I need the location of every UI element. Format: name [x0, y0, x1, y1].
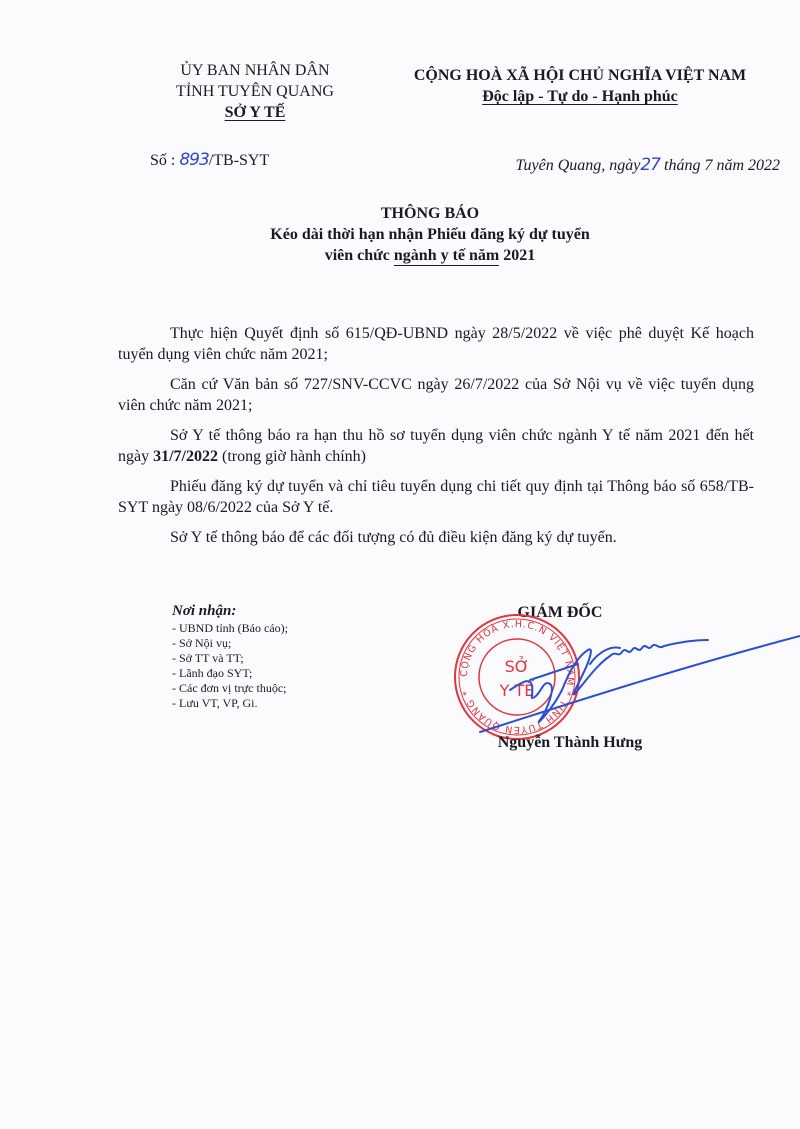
agency-line-1: ỦY BAN NHÂN DÂN	[130, 60, 380, 81]
subtitle-part-c: 2021	[499, 247, 535, 264]
recipient-item: - Lưu VT, VP, Gi.	[172, 696, 402, 711]
paragraph-1: Thực hiện Quyết định số 615/QĐ-UBND ngày…	[118, 323, 754, 365]
recipient-item: - Sở TT và TT;	[172, 651, 402, 666]
national-header-block: CỘNG HOÀ XÃ HỘI CHỦ NGHĨA VIỆT NAM Độc l…	[380, 65, 780, 107]
document-number: Số : 893/TB-SYT	[150, 150, 350, 170]
subtitle-part-a: viên chức	[325, 247, 394, 264]
subtitle-part-b: ngành y tế năm	[394, 247, 499, 266]
recipients-title: Nơi nhận:	[172, 602, 402, 621]
recipient-item: - UBND tỉnh (Báo cáo);	[172, 621, 402, 636]
recipients-block: Nơi nhận: - UBND tỉnh (Báo cáo); - Sở Nộ…	[172, 602, 402, 711]
agency-name: SỞ Y TẾ	[225, 104, 286, 121]
handwritten-day: 27	[640, 155, 660, 175]
notice-subtitle-2: viên chức ngành y tế năm 2021	[200, 245, 660, 266]
paragraph-4: Phiếu đăng ký dự tuyển và chỉ tiêu tuyển…	[118, 476, 754, 518]
date-suffix: tháng 7 năm 2022	[660, 157, 780, 174]
paragraph-3: Sở Y tế thông báo ra hạn thu hồ sơ tuyển…	[118, 425, 754, 467]
recipient-item: - Các đơn vị trực thuộc;	[172, 681, 402, 696]
deadline-date: 31/7/2022	[153, 448, 218, 465]
recipient-item: - Sở Nội vụ;	[172, 636, 402, 651]
notice-subtitle-1: Kéo dài thời hạn nhận Phiếu đăng ký dự t…	[200, 224, 660, 245]
notice-title: THÔNG BÁO	[200, 203, 660, 224]
number-prefix: Số :	[150, 152, 179, 169]
signer-name: Nguyễn Thành Hưng	[460, 734, 680, 752]
notice-body: Thực hiện Quyết định số 615/QĐ-UBND ngày…	[118, 323, 754, 557]
place-date: Tuyên Quang, ngày27 tháng 7 năm 2022	[440, 155, 780, 175]
p3-text-b: (trong giờ hành chính)	[218, 448, 366, 465]
national-motto: Độc lập - Tự do - Hạnh phúc	[482, 88, 678, 105]
issuing-agency-block: ỦY BAN NHÂN DÂN TỈNH TUYÊN QUANG SỞ Y TẾ	[130, 60, 380, 123]
date-prefix: Tuyên Quang, ngày	[515, 157, 640, 174]
handwritten-signature-icon	[470, 620, 800, 735]
paragraph-2: Căn cứ Văn bản số 727/SNV-CCVC ngày 26/7…	[118, 374, 754, 416]
national-title: CỘNG HOÀ XÃ HỘI CHỦ NGHĨA VIỆT NAM	[380, 65, 780, 86]
number-suffix: /TB-SYT	[209, 152, 269, 169]
notice-title-block: THÔNG BÁO Kéo dài thời hạn nhận Phiếu đă…	[200, 203, 660, 266]
paragraph-5: Sở Y tế thông báo để các đối tượng có đủ…	[118, 527, 754, 548]
agency-line-2: TỈNH TUYÊN QUANG	[130, 81, 380, 102]
recipient-item: - Lãnh đạo SYT;	[172, 666, 402, 681]
handwritten-number: 893	[179, 150, 208, 170]
